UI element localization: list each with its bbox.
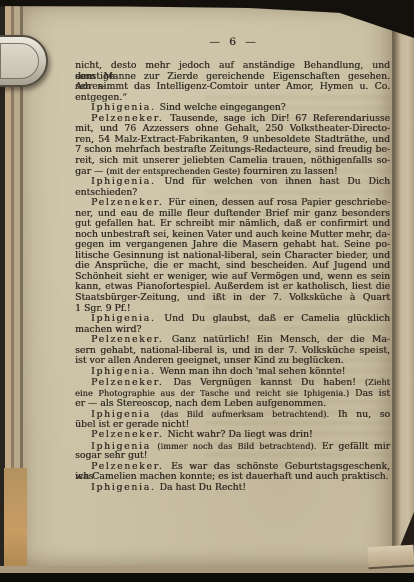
speaker-name: Iphigenia. [91, 366, 157, 377]
body-text: Er gefällt mir [316, 441, 390, 452]
body-text: ner, und eau de mille fleur duftender Br… [75, 208, 390, 219]
body-text: entgegen.“ [75, 92, 127, 103]
body-text: 1 Sgr. 9 Pf.! [75, 303, 130, 314]
body-text: Ih nu, so [329, 409, 390, 420]
body-text: sern gehabt, national-liberal is, und in… [75, 345, 390, 356]
speaker-name: Pelzeneker. [91, 461, 164, 472]
stage-direction: (immer noch das Bild betrachtend). [157, 441, 316, 451]
text-line: Iphigenia. Da hast Du Recht! [75, 483, 390, 494]
body-text: Sind welche eingegangen? [157, 102, 286, 113]
book-cover-edge [4, 468, 27, 574]
text-line: reit, sich mit unserer jeliebten Camelia… [75, 156, 390, 167]
stage-direction: (mit der entsprechenden Geste) [106, 166, 240, 176]
page-content: — 6 — nicht, desto mehr jedoch auf anstä… [75, 0, 390, 582]
stage-direction: (das Bild aufmerksam betrachtend). [161, 409, 330, 419]
speaker-name: Iphigenia. [91, 313, 157, 324]
body-text: ren, 54 Malz-Extract-Fabrikanten, 9 unbe… [75, 134, 390, 145]
body-text: ich Camelien machen konnte; es ist dauer… [75, 471, 389, 482]
page-text: nicht, desto mehr jedoch auf anständige … [75, 61, 390, 493]
stage-direction: (Zieht [365, 377, 390, 387]
body-text: reit, sich mit unserer jeliebten Camelia… [75, 155, 390, 166]
text-line: Pelzeneker. Das Vergnügen kannst Du habe… [75, 377, 390, 388]
speaker-name: Pelzeneker. [91, 334, 164, 345]
body-text: Ganz natürlich! Ein Mensch, der die Ma- [164, 334, 390, 345]
text-line: Pelzeneker. Nicht wahr? Da liegt was dri… [75, 430, 390, 441]
text-line: Iphigenia. Wenn man ihn doch 'mal sehen … [75, 367, 390, 378]
body-text: kann, etwas Pianofortespiel. Außerdem is… [75, 281, 390, 292]
body-text: gegen im vergangenen Jahre die Masern ge… [75, 239, 390, 250]
speaker-name: Iphigenia. [91, 102, 157, 113]
body-text: noch unbestraft sei, keinen Vater und au… [75, 229, 390, 240]
body-text: sogar sehr gut! [75, 450, 147, 461]
body-text: Da hast Du Recht! [157, 482, 246, 493]
body-text: Staatsbürger-Zeitung, und ißt in der 7. … [75, 292, 390, 303]
body-text: Und für welchen von ihnen hast Du Dich [157, 176, 391, 187]
body-text: Für einen, dessen auf rosa Papier geschr… [164, 197, 390, 208]
page-number: — 6 — [75, 36, 390, 48]
body-text: übel ist er gerade nicht! [75, 419, 189, 430]
adjacent-page-curl [392, 0, 414, 566]
binder-clip-inner [0, 43, 39, 79]
speaker-name: Pelzeneker. [91, 197, 164, 208]
speaker-name: Pelzeneker. [91, 429, 164, 440]
book-scan: — 6 — nicht, desto mehr jedoch auf anstä… [0, 0, 414, 582]
body-text: Schönheit sieht er weniger, wie auf Verm… [75, 271, 390, 282]
body-text: gut gefallen hat. Er schreibt mir nämlic… [75, 218, 390, 229]
body-text: litische Gesinnung ist national-liberal,… [75, 250, 390, 261]
body-text: Das ist [349, 388, 390, 399]
speaker-name: Iphigenia. [91, 482, 157, 493]
speaker-name: Pelzeneker. [91, 377, 164, 388]
body-text: Nicht wahr? Da liegt was drin! [164, 429, 312, 440]
body-text: Tausende, sage ich Dir! 67 Referendarius… [164, 113, 390, 124]
body-text: machen wird? [75, 324, 141, 335]
body-text: Und Du glaubst, daß er Camelia glücklich [157, 313, 391, 324]
body-text: Das Vergnügen kannst Du haben! [164, 377, 364, 388]
stage-direction: eine Photographie aus der Tasche und rei… [75, 388, 349, 398]
body-text: die Ansprüche, die er macht, sind besche… [75, 260, 390, 271]
body-text: ist vor allen Anderen geeignet, unser Ki… [75, 355, 344, 366]
body-text: 7 schon mehrfach bestrafte Zeitungs-Reda… [75, 144, 390, 155]
body-text: sen nimmt das Intelligenz-Comtoir unter … [75, 81, 390, 92]
speaker-name: Iphigenia. [91, 176, 157, 187]
body-text: Wenn man ihn doch 'mal sehen könnte! [157, 366, 346, 377]
body-text: er — als Stereoscop, nach dem Leben aufg… [75, 398, 326, 409]
body-text: entschieden? [75, 187, 137, 198]
text-line: er — als Stereoscop, nach dem Leben aufg… [75, 399, 390, 410]
speaker-name: Pelzeneker. [91, 113, 164, 124]
body-text: mit, und 76 Azzessers ohne Gehalt, 250 V… [75, 123, 390, 134]
